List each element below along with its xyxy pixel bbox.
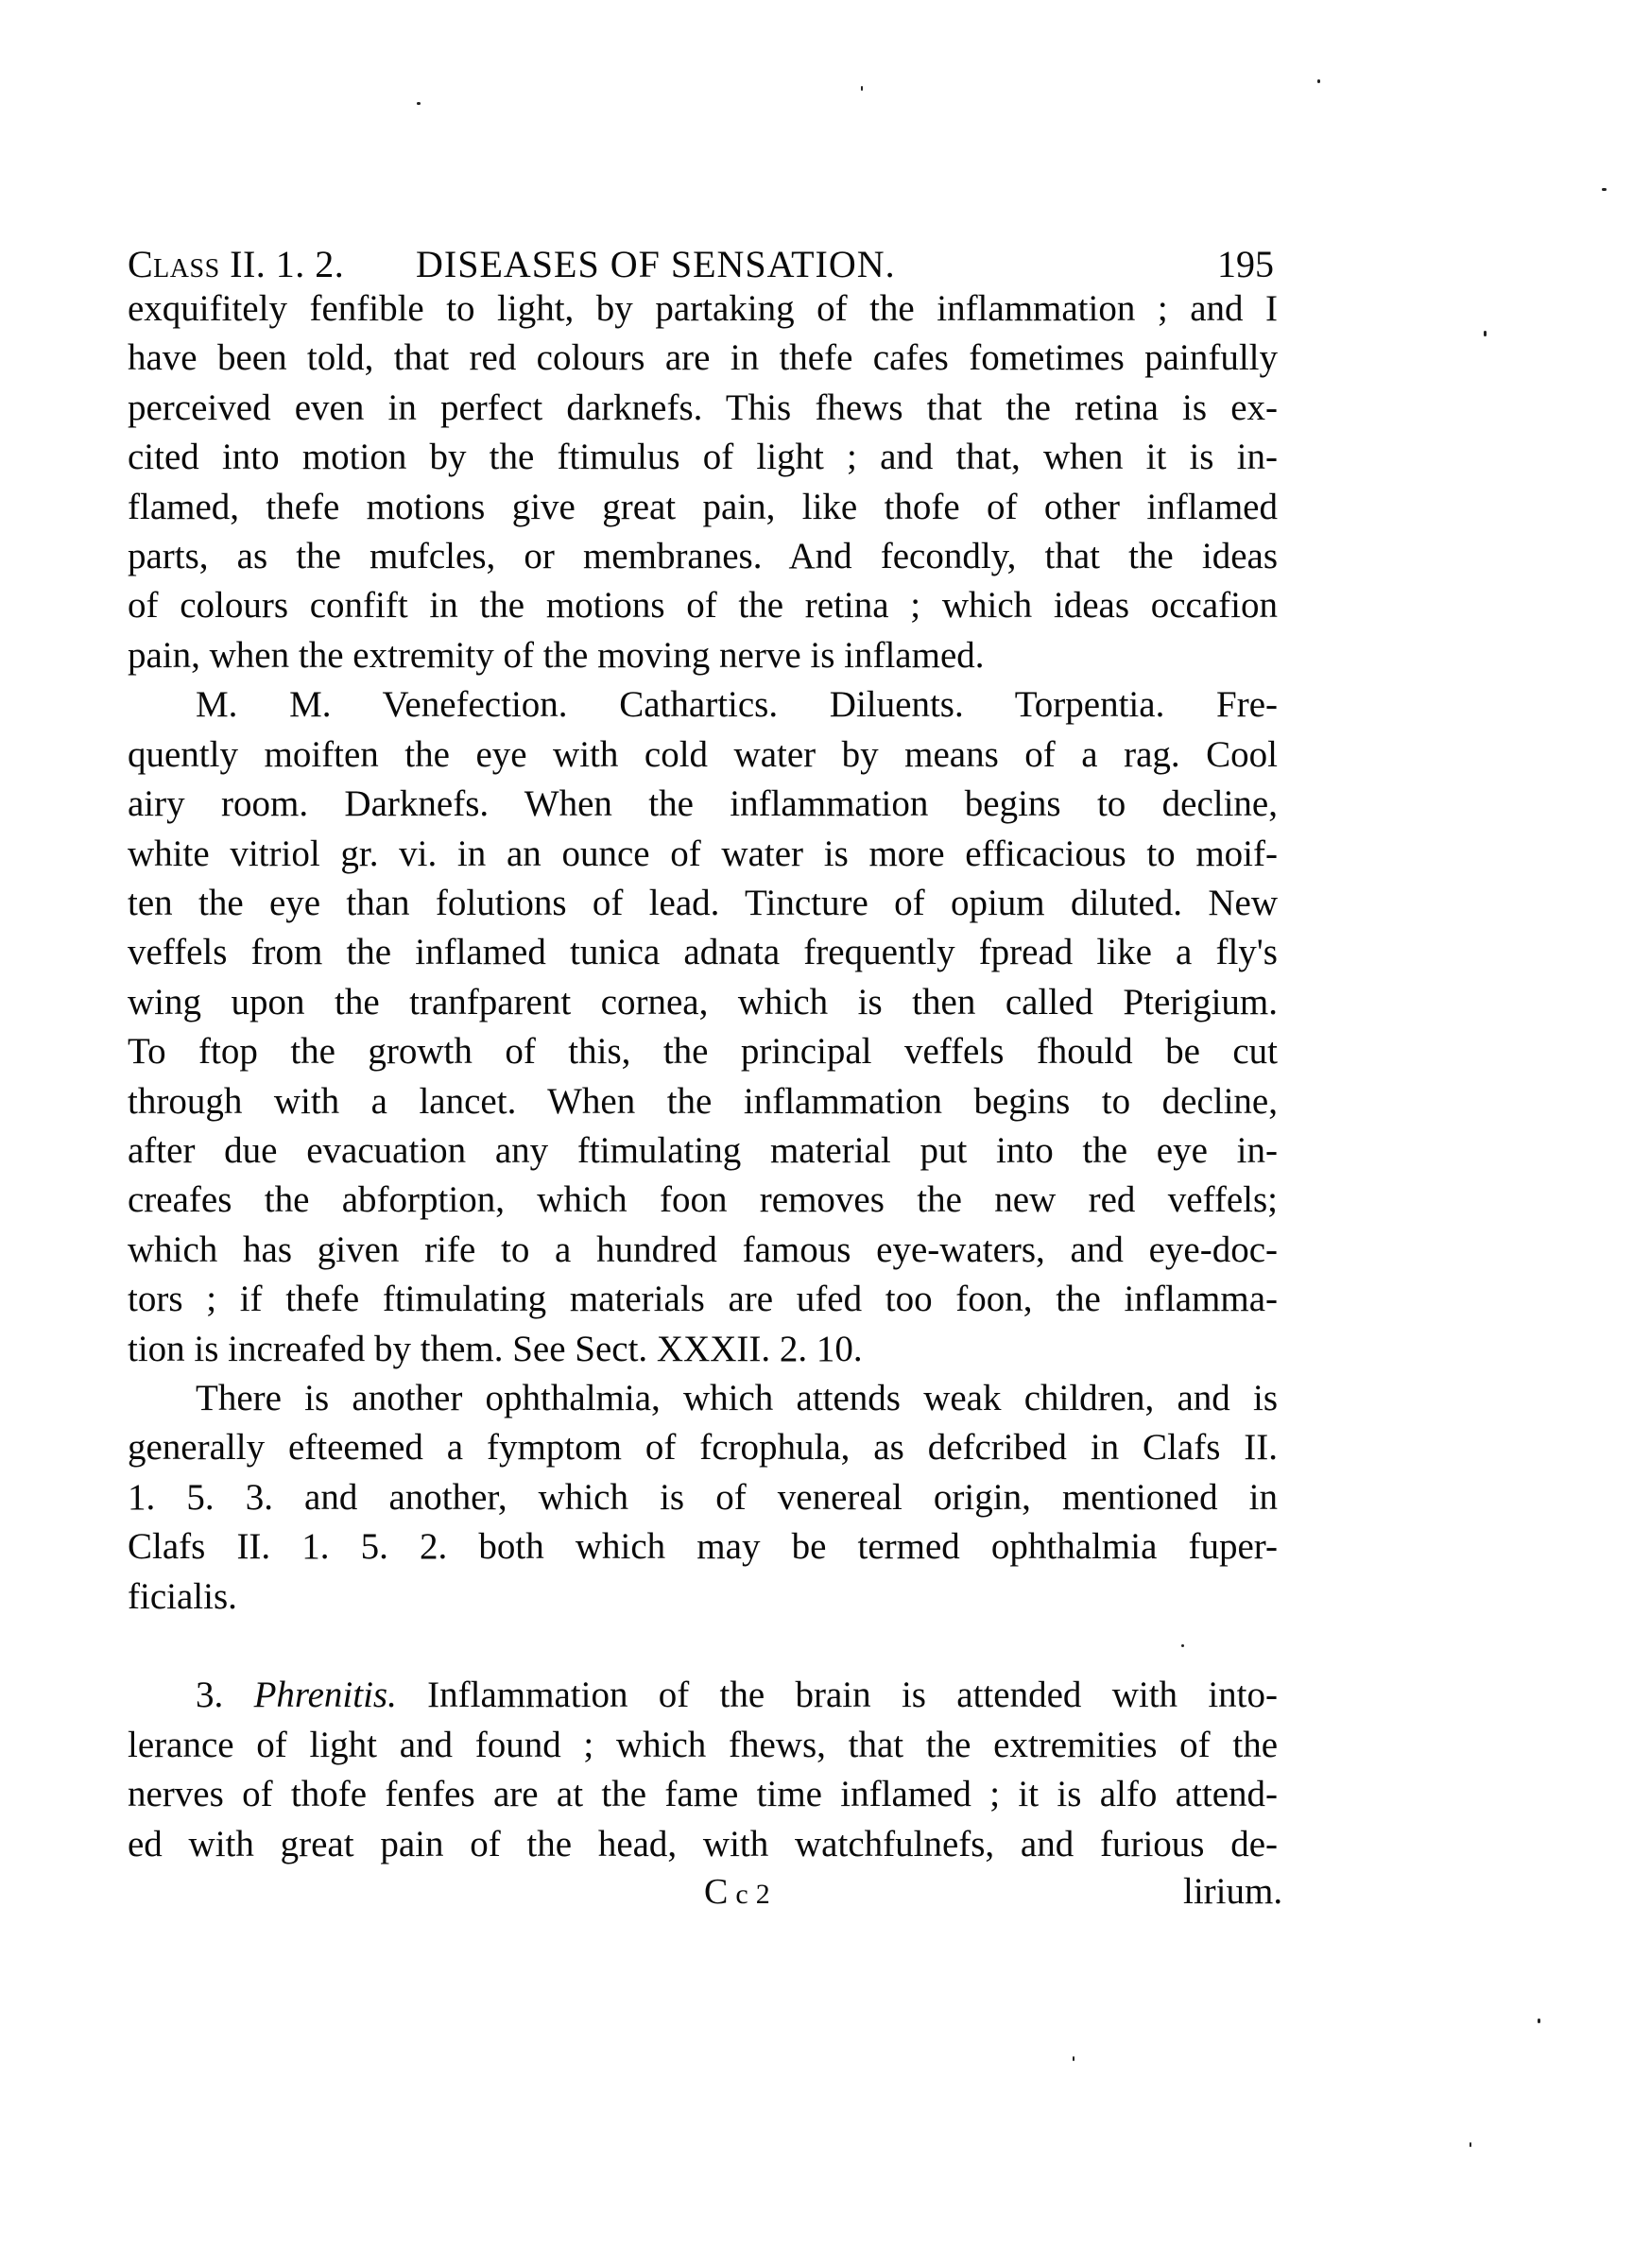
text-line: pain, when the extremity of the moving n… (128, 631, 1278, 680)
signature-letter-small: c (735, 1879, 755, 1910)
scan-speck (1317, 79, 1320, 83)
section-term: Phrenitis. (254, 1675, 397, 1715)
text-line: ed with great pain of the head, with wat… (128, 1820, 1278, 1869)
scan-speck (1181, 1644, 1184, 1647)
text-line: quently moiften the eye with cold water … (128, 730, 1278, 780)
scan-speck (1602, 188, 1607, 191)
scan-speck (861, 86, 863, 91)
scan-speck (417, 102, 421, 105)
signature-mark: Cc2 (704, 1869, 778, 1917)
text-line: perceived even in perfect darknefs. This… (128, 384, 1278, 433)
text-line: creafes the abforption, which foon remov… (128, 1176, 1278, 1225)
text-line: exquifitely fenfible to light, by partak… (128, 284, 1278, 334)
book-page: Class II. 1. 2. DISEASES OF SENSATION. 1… (0, 0, 1633, 2268)
running-head: Class II. 1. 2. DISEASES OF SENSATION. 1… (128, 242, 1276, 287)
text-line: through with a lancet. When the inflamma… (128, 1077, 1278, 1126)
text-line: after due evacuation any ftimulating mat… (128, 1126, 1278, 1176)
scan-speck (1470, 2142, 1471, 2147)
catchword: lirium. (1183, 1869, 1282, 1915)
text-line: veffels from the inflamed tunica adnata … (128, 928, 1278, 977)
text-line: cited into motion by the ftimulus of lig… (128, 433, 1278, 482)
text-line: tion is increafed by them. See Sect. XXX… (128, 1325, 1278, 1374)
text-line: M. M. Venefection. Cathartics. Diluents.… (196, 680, 1278, 730)
text-line: nerves of thofe fenfes are at the fame t… (128, 1770, 1278, 1819)
signature-number: 2 (756, 1879, 778, 1910)
text-line: lerance of light and found ; which fhews… (128, 1721, 1278, 1770)
text-line: airy room. Darknefs. When the inflammati… (128, 780, 1278, 829)
page-number: 195 (1217, 242, 1274, 287)
section-heading-line: 3. Phrenitis. Inflammation of the brain … (196, 1671, 1278, 1720)
scan-speck (1484, 331, 1487, 336)
text-line: generally efteemed a fymptom of fcrophul… (128, 1423, 1278, 1472)
text-line: To ftop the growth of this, the principa… (128, 1027, 1278, 1076)
scan-speck (1073, 2056, 1074, 2061)
text-line: Clafs II. 1. 5. 2. both which may be ter… (128, 1522, 1278, 1572)
text-line: of colours confift in the motions of the… (128, 581, 1278, 630)
scan-speck (1538, 2019, 1540, 2023)
text-line: which has given rife to a hundred famous… (128, 1226, 1278, 1275)
running-head-class: Class II. 1. 2. (128, 242, 344, 287)
text-line: tors ; if thefe ftimulating materials ar… (128, 1275, 1278, 1324)
class-prefix: Class (128, 243, 220, 285)
signature-letter: C (704, 1872, 735, 1912)
section-number: 3. (196, 1675, 223, 1715)
class-reference: II. 1. 2. (220, 243, 345, 285)
text-line: have been told, that red colours are in … (128, 334, 1278, 383)
text-line: ten the eye than folutions of lead. Tinc… (128, 879, 1278, 928)
text-line: ficialis. (128, 1572, 1278, 1622)
text-line: 1. 5. 3. and another, which is of venere… (128, 1473, 1278, 1522)
text-line: flamed, thefe motions give great pain, l… (128, 483, 1278, 532)
text-line: white vitriol gr. vi. in an ounce of wat… (128, 830, 1278, 879)
running-head-title: DISEASES OF SENSATION. (416, 242, 896, 287)
text-line: parts, as the mufcles, or membranes. And… (128, 532, 1278, 581)
text-line: There is another ophthalmia, which atten… (196, 1374, 1278, 1423)
section-first-line-text: Inflammation of the brain is attended wi… (427, 1675, 1278, 1715)
text-line: wing upon the tranfparent cornea, which … (128, 978, 1278, 1027)
